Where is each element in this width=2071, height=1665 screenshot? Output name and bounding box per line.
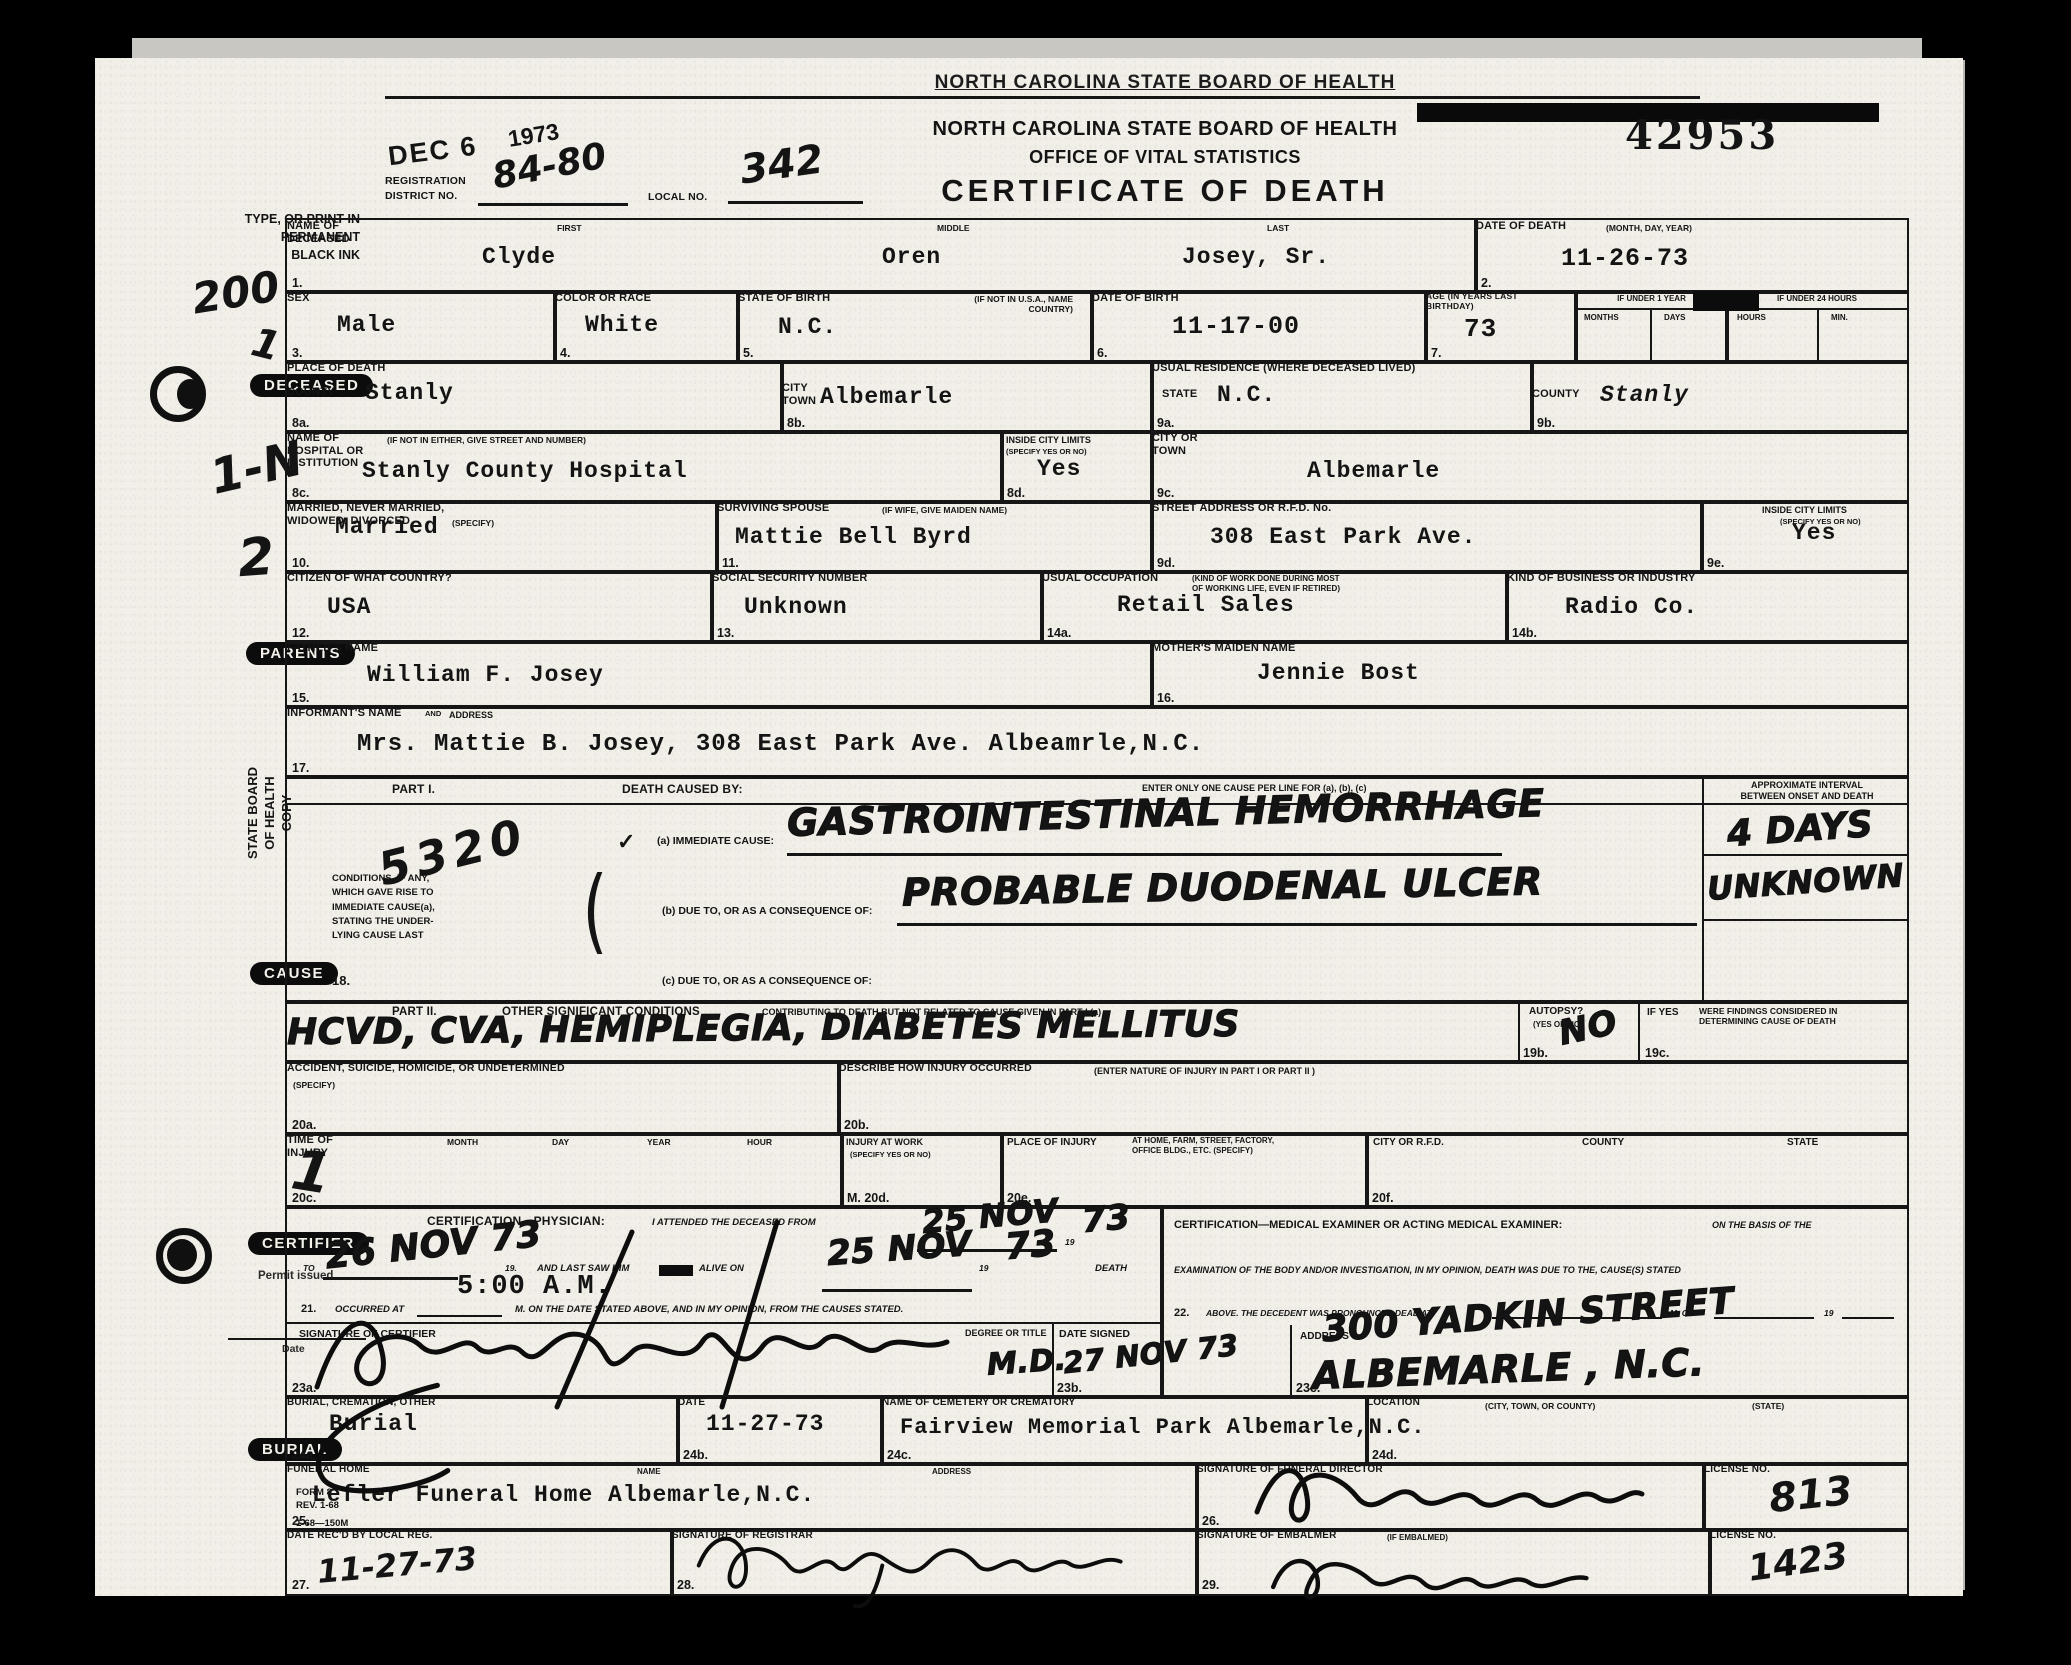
pod-city-label: CITY TOWN — [782, 382, 816, 407]
registrar-signature — [687, 1518, 1187, 1613]
place-of-injury-label: PLACE OF INJURY — [1007, 1137, 1097, 1149]
field-20a-number: 20a. — [292, 1118, 316, 1132]
field-20d-number: M. 20d. — [847, 1191, 889, 1205]
section-certification-medical-examiner: CERTIFICATION—MEDICAL EXAMINER OR ACTING… — [1160, 1205, 1909, 1399]
field-injury-city: CITY OR R.F.D. COUNTY STATE 20f. — [1365, 1132, 1909, 1209]
embalmer-signature — [1212, 1534, 1652, 1609]
field-name-of-deceased: NAME OF DECEASED FIRST MIDDLE LAST Clyde… — [285, 218, 1478, 294]
funeral-director-signature — [1207, 1442, 1687, 1532]
dod-label: DATE OF DEATH — [1476, 220, 1566, 233]
field-17-number: 17. — [292, 761, 309, 775]
father-value: William F. Josey — [367, 662, 604, 688]
field-8a-number: 8a. — [292, 416, 309, 430]
hospital-sublabel: (IF NOT IN EITHER, GIVE STREET AND NUMBE… — [387, 435, 586, 445]
field-marital-status: MARRIED, NEVER MARRIED, WIDOWED, DIVORCE… — [285, 500, 719, 574]
occupation-label: USUAL OCCUPATION — [1042, 572, 1158, 585]
field-14a-number: 14a. — [1047, 626, 1071, 640]
field-24b-number: 24b. — [683, 1448, 708, 1462]
accident-sublabel: (SPECIFY) — [293, 1080, 335, 1090]
sob-sublabel: (IF NOT IN U.S.A., NAME COUNTRY) — [873, 294, 1073, 314]
usual-residence-label: USUAL RESIDENCE (WHERE DECEASED LIVED) — [1152, 362, 1415, 375]
due-to-b-value: PROBABLE DUODENAL ULCER — [902, 859, 1543, 914]
local-no-label: LOCAL NO. — [648, 191, 707, 203]
punch-hole — [150, 366, 206, 422]
place-of-death-label: PLACE OF DEATH — [287, 362, 386, 375]
res-limits-label: INSIDE CITY LIMITS — [1762, 505, 1847, 516]
year-19-label: 19 — [1824, 1308, 1833, 1318]
limits-sublabel: (SPECIFY YES OR NO) — [1006, 447, 1087, 456]
field-residence-city: CITY OR TOWN Albemarle 9c. — [1150, 430, 1909, 504]
last-alive-value: 25 NOV — [826, 1224, 973, 1274]
death-word: DEATH — [1095, 1263, 1127, 1274]
field-date-of-birth: DATE OF BIRTH 11-17-00 6. — [1090, 290, 1428, 364]
field-8b-number: 8b. — [787, 416, 805, 430]
embalmer-license-value: 1423 — [1746, 1535, 1851, 1590]
informant-address-label: ADDRESS — [449, 710, 493, 721]
field-accident: ACCIDENT, SUICIDE, HOMICIDE, OR UNDETERM… — [285, 1060, 841, 1136]
accident-label: ACCIDENT, SUICIDE, HOMICIDE, OR UNDETERM… — [287, 1062, 565, 1074]
margin-code-2: 2 — [236, 527, 276, 589]
field-22-number: 22. — [1174, 1307, 1189, 1320]
field-16-number: 16. — [1157, 691, 1174, 705]
field-pod-county: PLACE OF DEATH COUNTY Stanly 8a. — [285, 360, 784, 434]
field-date-received: DATE REC'D BY LOCAL REG. 11-27-73 27. — [285, 1528, 674, 1596]
field-race: COLOR OR RACE White 4. — [553, 290, 740, 364]
from-year-pre: 19 — [1065, 1237, 1074, 1247]
district-no-label: DISTRICT NO. — [385, 190, 457, 202]
injury-at-work-label: INJURY AT WORK — [846, 1137, 923, 1148]
cemetery-label: NAME OF CEMETERY OR CREMATORY — [882, 1397, 1075, 1409]
mother-value: Jennie Bost — [1257, 660, 1420, 686]
field-citizen: CITIZEN OF WHAT COUNTRY? USA 12. — [285, 570, 714, 644]
location-sublabel: (CITY, TOWN, OR COUNTY) — [1485, 1401, 1595, 1411]
first-label: FIRST — [557, 223, 582, 233]
last-year-value: 73 — [1003, 1223, 1057, 1268]
field-informant: INFORMANT'S NAME AND ADDRESS Mrs. Mattie… — [285, 705, 1909, 779]
occupation-sublabel: (KIND OF WORK DONE DURING MOST OF WORKIN… — [1192, 574, 1340, 593]
pod-county-label: COUNTY — [287, 386, 335, 399]
middle-name-value: Oren — [882, 244, 941, 270]
date-received-value: 11-27-73 — [316, 1539, 479, 1591]
date-signed-label: DATE SIGNED — [1059, 1328, 1130, 1341]
license-no-2-label: LICENSE NO. — [1710, 1530, 1776, 1542]
describe-injury-label: DESCRIBE HOW INJURY OCCURRED — [839, 1062, 1032, 1074]
field-embalmer-signature: SIGNATURE OF EMBALMER (IF EMBALMED) 29. — [1195, 1528, 1712, 1596]
time-of-injury-label: TIME OF INJURY — [287, 1134, 333, 1159]
injury-at-work-sublabel: (SPECIFY YES OR NO) — [850, 1150, 931, 1159]
field-mother-name: MOTHER'S MAIDEN NAME Jennie Bost 16. — [1150, 640, 1909, 709]
hospital-value: Stanly County Hospital — [362, 458, 688, 484]
part1-label: PART I. — [392, 783, 435, 797]
section-certification-physician: CERTIFICATION—PHYSICIAN: I ATTENDED THE … — [285, 1205, 1164, 1399]
field-12-number: 12. — [292, 626, 309, 640]
father-label: FATHER'S NAME — [287, 642, 378, 655]
field-time-of-injury: TIME OF INJURY MONTH DAY YEAR HOUR 20c. — [285, 1132, 844, 1209]
industry-value: Radio Co. — [1565, 594, 1698, 620]
citizen-label: CITIZEN OF WHAT COUNTRY? — [287, 572, 452, 585]
months-label: MONTHS — [1584, 313, 1619, 323]
field-embalmer-license: LICENSE NO. 1423 — [1708, 1528, 1909, 1596]
citizen-value: USA — [327, 594, 371, 620]
field-residence-county: COUNTY Stanly 9b. — [1530, 360, 1909, 434]
sex-value: Male — [337, 312, 396, 338]
name-label: NAME OF DECEASED — [287, 220, 350, 245]
field-9c-number: 9c. — [1157, 486, 1174, 500]
last-name-value: Josey, Sr. — [1182, 244, 1330, 270]
field-5-number: 5. — [743, 346, 753, 360]
age-value: 73 — [1464, 314, 1497, 344]
overprint-rule — [385, 96, 1700, 99]
me-address-line2: ALBEMARLE , N.C. — [1311, 1340, 1705, 1398]
field-11-number: 11. — [722, 556, 739, 570]
interval-b-value: UNKNOWN — [1706, 856, 1905, 908]
spouse-sublabel: (IF WIFE, GIVE MAIDEN NAME) — [882, 505, 1007, 515]
field-6-number: 6. — [1097, 346, 1107, 360]
street-value: 308 East Park Ave. — [1210, 524, 1476, 550]
part2-conditions-value: HCVD, CVA, HEMIPLEGIA, DIABETES MELLITUS — [287, 1004, 1240, 1053]
field-10-number: 10. — [292, 556, 309, 570]
from-year-value: 73 — [1080, 1197, 1132, 1241]
middle-label: MIDDLE — [937, 223, 970, 233]
field-20b-number: 20b. — [844, 1118, 869, 1132]
informant-label: INFORMANT'S NAME — [287, 707, 402, 720]
cemetery-value: Fairview Memorial Park Albemarle,N.C. — [900, 1415, 1425, 1440]
dob-value: 11-17-00 — [1172, 312, 1300, 341]
alive-on-label: ALIVE ON — [699, 1263, 744, 1274]
first-name-value: Clyde — [482, 244, 556, 270]
field-23b-number: 23b. — [1057, 1381, 1082, 1395]
field-describe-injury: DESCRIBE HOW INJURY OCCURRED (ENTER NATU… — [837, 1060, 1909, 1136]
hospital-label: NAME OF HOSPITAL OR INSTITUTION — [287, 432, 363, 470]
field-father-name: FATHER'S NAME William F. Josey 15. — [285, 640, 1154, 709]
mother-label: MOTHER'S MAIDEN NAME — [1152, 642, 1296, 655]
last-year-pre: 19 — [979, 1263, 988, 1273]
field-9a-number: 9a. — [1157, 416, 1174, 430]
due-to-c-label: (c) DUE TO, OR AS A CONSEQUENCE OF: — [662, 975, 872, 988]
sob-label: STATE OF BIRTH — [738, 292, 830, 305]
res-state-value: N.C. — [1217, 382, 1276, 408]
burial-date-value: 11-27-73 — [706, 1411, 824, 1437]
dod-value: 11-26-73 — [1561, 244, 1689, 273]
cause-code-5320: 5320 — [373, 807, 534, 896]
field-director-license: LICENSE NO. 813 — [1702, 1462, 1909, 1532]
cert-me-basis: ON THE BASIS OF THE — [1712, 1220, 1812, 1231]
field-19b-number: 19b. — [1523, 1046, 1548, 1060]
field-4-number: 4. — [560, 346, 570, 360]
res-county-label: COUNTY — [1532, 388, 1580, 401]
if-yes-label: IF YES — [1647, 1007, 1679, 1019]
limits-label: INSIDE CITY LIMITS — [1006, 435, 1091, 446]
field-14b-number: 14b. — [1512, 626, 1537, 640]
min-label: MIN. — [1831, 313, 1848, 323]
marital-value: Married — [335, 514, 439, 540]
cert-me-exam: EXAMINATION OF THE BODY AND/OR INVESTIGA… — [1174, 1265, 1681, 1276]
sob-value: N.C. — [778, 314, 837, 340]
sex-label: SEX — [287, 292, 310, 305]
field-27-number: 27. — [292, 1578, 309, 1592]
field-7-number: 7. — [1431, 346, 1441, 360]
field-8d-number: 8d. — [1007, 486, 1025, 500]
field-20f-number: 20f. — [1372, 1191, 1394, 1205]
age-label: AGE (IN YEARS LAST BIRTHDAY) — [1426, 292, 1518, 312]
overprint-title: NORTH CAROLINA STATE BOARD OF HEALTH — [890, 72, 1440, 94]
month-label: MONTH — [447, 1137, 478, 1147]
checkmark: ✓ — [617, 829, 635, 855]
ssn-label: SOCIAL SECURITY NUMBER — [712, 572, 868, 585]
field-9e-number: 9e. — [1707, 556, 1724, 570]
field-state-of-birth: STATE OF BIRTH (IF NOT IN U.S.A., NAME C… — [736, 290, 1094, 364]
year-label: YEAR — [647, 1137, 671, 1147]
dob-label: DATE OF BIRTH — [1092, 292, 1179, 305]
field-13-number: 13. — [717, 626, 734, 640]
field-street-address: STREET ADDRESS OR R.F.D. No. 308 East Pa… — [1150, 500, 1704, 574]
field-25-number: 25. — [292, 1514, 309, 1528]
occupation-value: Retail Sales — [1117, 592, 1295, 618]
field-industry: KIND OF BUSINESS OR INDUSTRY Radio Co. 1… — [1505, 570, 1909, 644]
spouse-label: SURVIVING SPOUSE — [717, 502, 829, 515]
field-18-number: 18. — [332, 973, 350, 988]
interval-a-value: 4 DAYS — [1726, 804, 1875, 855]
burial-date-label: DATE — [678, 1397, 705, 1409]
field-1-number: 1. — [292, 276, 302, 290]
field-residence-state: USUAL RESIDENCE (WHERE DECEASED LIVED) S… — [1150, 360, 1534, 434]
due-to-b-label: (b) DUE TO, OR AS A CONSEQUENCE OF: — [662, 905, 872, 918]
res-state-label: STATE — [1162, 388, 1197, 401]
field-registrar-signature: SIGNATURE OF REGISTRAR 28. — [670, 1528, 1199, 1596]
dod-sublabel: (MONTH, DAY, YEAR) — [1606, 223, 1692, 233]
res-city-label: CITY OR TOWN — [1152, 432, 1198, 457]
conditions-brace: ( — [582, 857, 607, 964]
describe-injury-sublabel: (ENTER NATURE OF INJURY IN PART I OR PAR… — [1094, 1066, 1315, 1077]
field-pod-city-limits: INSIDE CITY LIMITS (SPECIFY YES OR NO) Y… — [1000, 430, 1154, 504]
field-9d-number: 9d. — [1157, 556, 1175, 570]
field-sex: SEX Male 3. — [285, 290, 557, 364]
board-title: NORTH CAROLINA STATE BOARD OF HEALTH — [820, 118, 1510, 141]
res-limits-value: Yes — [1792, 520, 1836, 546]
field-hospital: NAME OF HOSPITAL OR INSTITUTION (IF NOT … — [285, 430, 1004, 504]
days-label: DAYS — [1664, 313, 1686, 323]
serial-number: 42953 — [1625, 112, 1779, 159]
field-surviving-spouse: SURVIVING SPOUSE (IF WIFE, GIVE MAIDEN N… — [715, 500, 1154, 574]
ssn-value: Unknown — [744, 594, 848, 620]
field-3-number: 3. — [292, 346, 302, 360]
director-license-value: 813 — [1767, 1468, 1855, 1522]
stray-pen-stroke — [290, 1375, 460, 1510]
field-burial-date: DATE 11-27-73 24b. — [676, 1395, 884, 1466]
pod-city-value: Albemarle — [820, 384, 953, 410]
injury-city-label: CITY OR R.F.D. — [1373, 1137, 1444, 1149]
pod-county-value: Stanly — [365, 380, 454, 406]
injury-state-label: STATE — [1787, 1137, 1818, 1149]
hours-label: HOURS — [1737, 313, 1766, 323]
death-certificate-scan: NORTH CAROLINA STATE BOARD OF HEALTH NOR… — [0, 0, 2071, 1665]
res-city-value: Albemarle — [1307, 458, 1440, 484]
immediate-cause-value: GASTROINTESTINAL HEMORRHAGE — [787, 781, 1546, 845]
cert-me-title: CERTIFICATION—MEDICAL EXAMINER OR ACTING… — [1174, 1219, 1562, 1232]
funeral-name-sublabel: NAME — [637, 1467, 661, 1477]
section-part2: PART II. OTHER SIGNIFICANT CONDITIONS CO… — [285, 1000, 1909, 1064]
informant-and-label: AND — [425, 709, 441, 718]
attended-label: I ATTENDED THE DECEASED FROM — [652, 1217, 816, 1228]
field-24c-number: 24c. — [887, 1448, 911, 1462]
field-age: AGE (IN YEARS LAST BIRTHDAY) 73 7. — [1424, 290, 1578, 364]
informant-value: Mrs. Mattie B. Josey, 308 East Park Ave.… — [357, 731, 1204, 758]
field-pod-city: CITY TOWN Albemarle 8b. — [780, 360, 1154, 434]
certificate-title: CERTIFICATE OF DEATH — [820, 173, 1510, 209]
interval-label: APPROXIMATE INTERVAL BETWEEN ONSET AND D… — [1712, 780, 1902, 802]
registration-label: REGISTRATION — [385, 175, 466, 187]
field-9b-number: 9b. — [1537, 416, 1555, 430]
me-address-line1: 300 YADKIN STREET — [1321, 1281, 1735, 1351]
field-funeral-director-signature: SIGNATURE OF FUNERAL DIRECTOR 26. — [1195, 1462, 1706, 1532]
spouse-value: Mattie Bell Byrd — [735, 524, 972, 550]
field-8c-number: 8c. — [292, 486, 309, 500]
immediate-cause-label: (a) IMMEDIATE CAUSE: — [657, 835, 774, 848]
funeral-address-sublabel: ADDRESS — [932, 1467, 971, 1477]
day-label: DAY — [552, 1137, 569, 1147]
race-value: White — [585, 312, 659, 338]
section-cause-of-death: PART I. DEATH CAUSED BY: ENTER ONLY ONE … — [285, 775, 1909, 1004]
field-res-city-limits: INSIDE CITY LIMITS (SPECIFY YES OR NO) Y… — [1700, 500, 1909, 574]
office-title: OFFICE OF VITAL STATISTICS — [820, 147, 1510, 168]
industry-label: KIND OF BUSINESS OR INDUSTRY — [1507, 572, 1696, 585]
field-occupation: USUAL OCCUPATION (KIND OF WORK DONE DURI… — [1040, 570, 1509, 644]
to-label: TO — [303, 1263, 315, 1273]
field-20c-number: 20c. — [292, 1191, 316, 1205]
field-15-number: 15. — [292, 691, 309, 705]
race-label: COLOR OR RACE — [555, 292, 651, 305]
field-2-number: 2. — [1481, 276, 1491, 290]
limits-value: Yes — [1037, 456, 1081, 482]
location-state-label: (STATE) — [1752, 1401, 1784, 1411]
injury-county-label: COUNTY — [1582, 1137, 1624, 1149]
res-county-value: Stanly — [1600, 382, 1689, 408]
punch-hole-2 — [156, 1228, 212, 1284]
field-date-of-death: DATE OF DEATH (MONTH, DAY, YEAR) 11-26-7… — [1474, 218, 1909, 294]
death-caused-by-label: DEATH CAUSED BY: — [622, 783, 743, 797]
last-label: LAST — [1267, 223, 1289, 233]
street-label: STREET ADDRESS OR R.F.D. No. — [1152, 502, 1331, 515]
date-received-label: DATE REC'D BY LOCAL REG. — [287, 1530, 433, 1542]
license-no-label: LICENSE NO. — [1704, 1464, 1770, 1476]
location-label: LOCATION — [1367, 1397, 1420, 1409]
field-ssn: SOCIAL SECURITY NUMBER Unknown 13. — [710, 570, 1044, 644]
findings-sublabel: WERE FINDINGS CONSIDERED IN DETERMINING … — [1699, 1006, 1837, 1026]
place-of-injury-sublabel: AT HOME, FARM, STREET, FACTORY, OFFICE B… — [1132, 1136, 1274, 1155]
marital-sublabel: (SPECIFY) — [452, 518, 494, 528]
ink-strike — [659, 1265, 693, 1276]
hour-label: HOUR — [747, 1137, 772, 1147]
ink-smudge — [1693, 291, 1759, 311]
field-19c-number: 19c. — [1645, 1046, 1669, 1060]
